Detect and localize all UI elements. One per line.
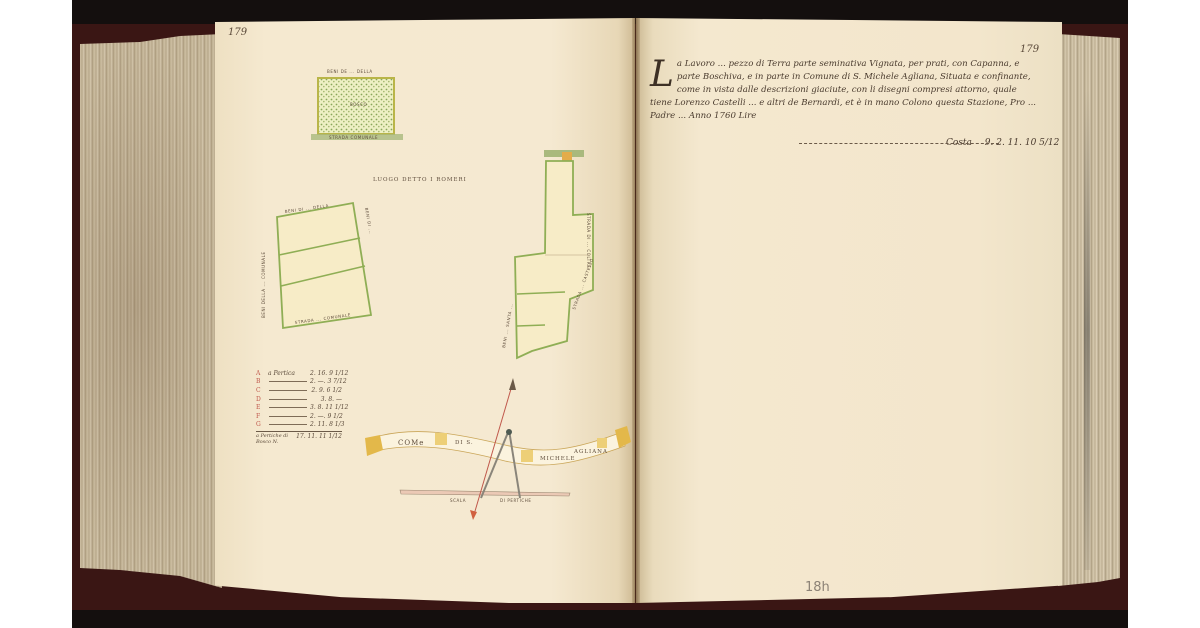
svg-text:SCALA: SCALA (450, 498, 466, 503)
folio-number-right: 179 (1020, 44, 1039, 55)
page-edges-right (1058, 30, 1120, 590)
map-left-plot: BENI DI ... DELLA BENI DELLA ... COMUNAL… (261, 203, 374, 328)
svg-text:BENI DE ... DELLA: BENI DE ... DELLA (327, 69, 373, 74)
table-row: G 2. 11. 8 1/3 (256, 421, 342, 430)
svg-text:BENI DI ...: BENI DI ... (364, 207, 374, 234)
svg-text:COMe: COMe (398, 439, 424, 447)
svg-text:BENI DELLA ... COMUNALE: BENI DELLA ... COMUNALE (261, 251, 266, 318)
map-top-plot: BOSCO BENI DE ... DELLA STRADA COMUNALE (311, 69, 403, 140)
table-row: F 2. —. 9 1/2 (256, 412, 342, 421)
svg-text:AGLIANA: AGLIANA (573, 449, 608, 455)
table-row: D 3. 8. — (256, 395, 342, 404)
entry-text: a Lavoro ... pezzo di Terra parte semina… (650, 59, 1036, 121)
map-label-bosco: BOSCO (350, 102, 367, 107)
table-total-row: a Pertiche di Bosco N. 17. 11. 11 1/12 (256, 431, 342, 445)
svg-text:MICHELE: MICHELE (540, 456, 576, 462)
map-right-plot: STRADA DI ... COLTRE BENI ... SANTA ... … (501, 150, 594, 358)
scale-bar: SCALA DI PERTICHE (400, 490, 570, 503)
cadastral-maps: BOSCO BENI DE ... DELLA STRADA COMUNALE … (215, 18, 635, 603)
page-edges-left (80, 28, 222, 588)
table-row: E 3. 8. 11 1/12 (256, 403, 342, 412)
handwritten-entry: L a Lavoro ... pezzo di Terra parte semi… (650, 58, 1040, 123)
svg-text:DI PERTICHE: DI PERTICHE (500, 498, 532, 503)
table-row: A a Pertica 2. 16. 9 1/12 (256, 369, 342, 378)
entry-initial: L (650, 60, 674, 90)
pencil-note: 18h (805, 580, 830, 595)
svg-text:STRADA COMUNALE: STRADA COMUNALE (329, 135, 378, 140)
map-caption: LUOGO DETTO I ROMERI (373, 177, 467, 183)
svg-text:DI S.: DI S. (455, 440, 474, 446)
table-row: C 2. 9. 6 1/2 (256, 386, 342, 395)
table-row: B 2. —. 3 7/12 (256, 378, 342, 387)
entry-total: Costa 9. 2. 11. 10 5/12 (946, 138, 1059, 148)
area-table: A a Pertica 2. 16. 9 1/12 B 2. —. 3 7/12… (256, 369, 342, 445)
svg-text:BENI ... SANTA ...: BENI ... SANTA ... (501, 303, 514, 348)
